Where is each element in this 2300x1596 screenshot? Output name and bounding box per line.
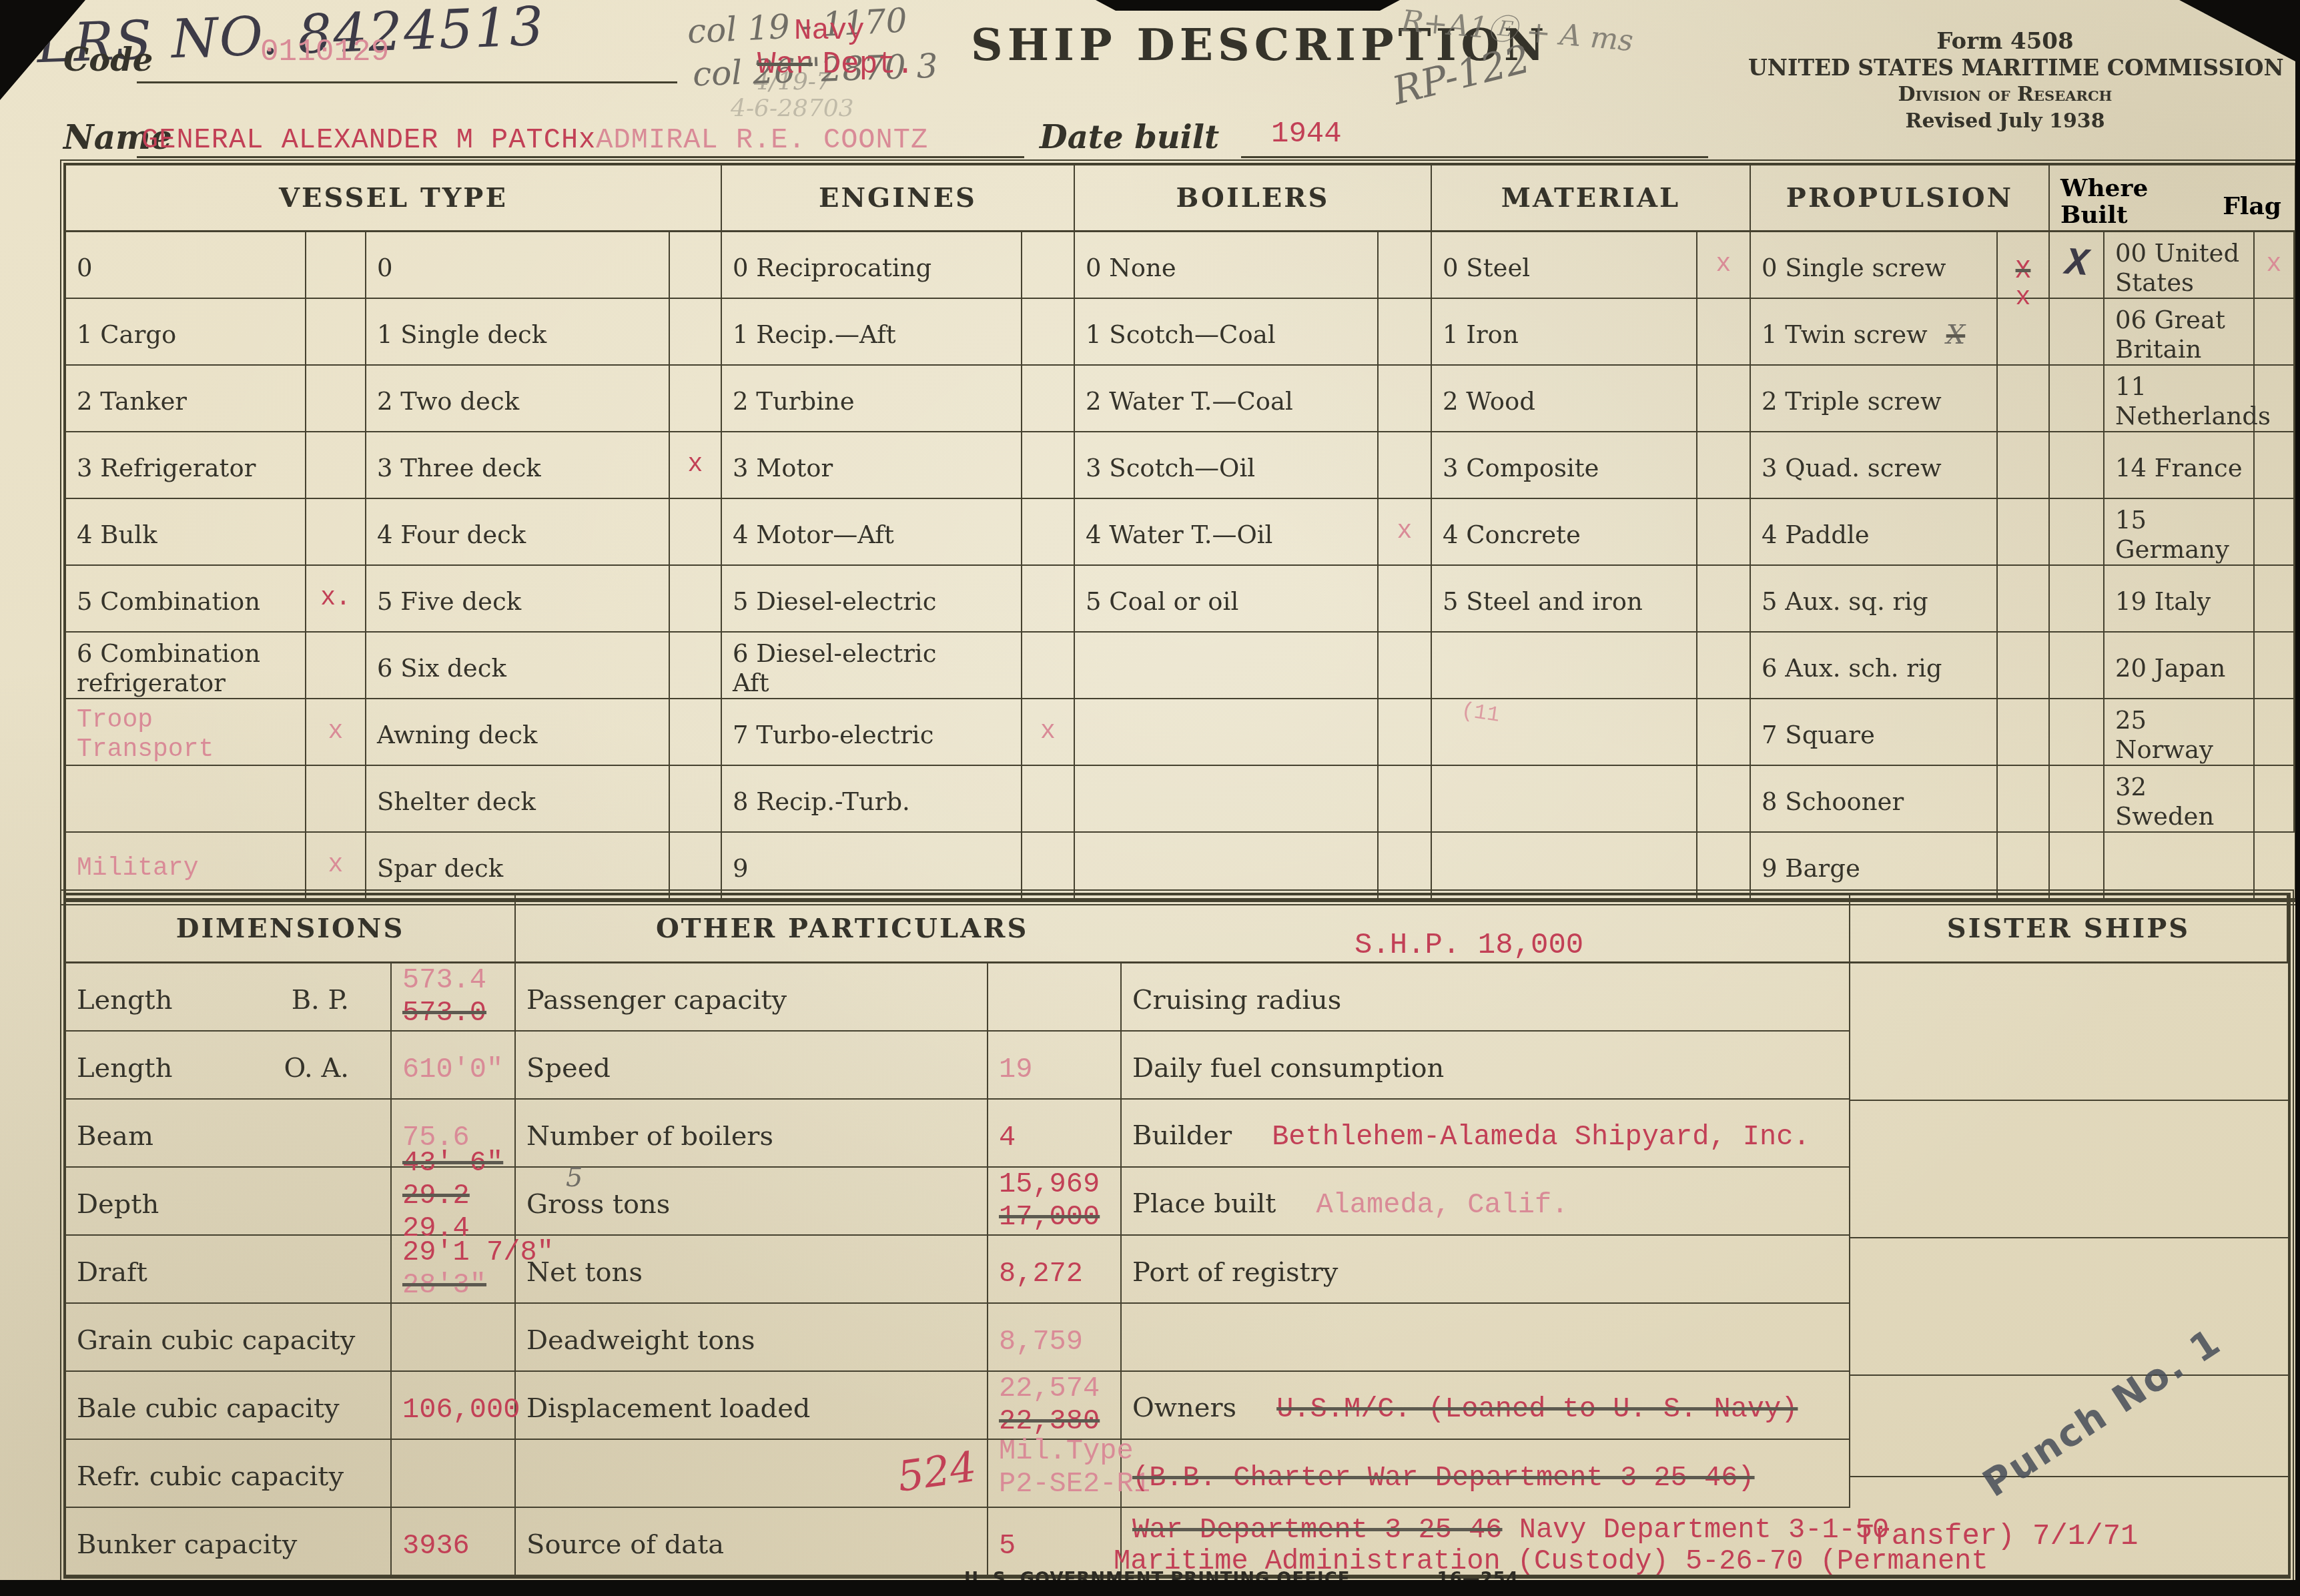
division-name: Division of Research [1748,81,2262,108]
top-country-row7: 25 Norway [2104,699,2255,766]
mid-value-row7: Mil.TypeP2-SE2-R1 [988,1440,1122,1508]
top-prop-row0: 0 Single screw [1751,232,1998,299]
navy-overtype: Navy [794,15,865,48]
value-line: 17,000 [999,1200,1116,1232]
top-m_boil-row3 [1379,432,1432,499]
top-eng-row9: 9 [722,833,1022,899]
top-country-row1: 06 Great Britain [2104,299,2255,366]
value-line: 610'0" [402,1052,510,1085]
top-m_vt2-row6 [670,633,722,699]
top-boil-row7 [1075,699,1379,766]
top-m_flag-row8 [2255,766,2295,833]
value-line: 29'1 7/8" [402,1235,510,1268]
right-cell-row6: OwnersU.S.M/C. (Loaned to U. S. Navy) [1122,1372,1850,1440]
top-vt1-row5: 5 Combination [66,566,306,633]
dim-value-row3: 43'-6"29.229.4 [392,1168,516,1236]
top-vt1-row8 [66,766,306,833]
scanned-form-page: LRS NO. 8424513 Code 0110129 col 19 - 11… [0,0,2300,1596]
top-vt2-row6: 6 Six deck [366,633,670,699]
top-m_boil-row2 [1379,366,1432,432]
mid-label-row5: Deadweight tons [516,1304,988,1372]
top-prop-row1: 1 Twin screwX [1751,299,1998,366]
value-line: 573.4 [402,963,510,995]
top-m_prop-row3 [1998,432,2050,499]
pencil-ghost-1: 4/19-7 [754,68,831,95]
sister-ships-row [1850,963,2288,1101]
top-vt2-row0: 0 [366,232,670,299]
shp-annotation: S.H.P. 18,000 [1355,929,1583,962]
top-m_eng-row2 [1022,366,1075,432]
top-wb-row0: X [2050,232,2104,299]
top-prop-row7: 7 Square [1751,699,1998,766]
header-propulsion: PROPULSION [1751,165,2050,232]
date-built-label: Date built [1040,119,1219,156]
top-mat-row0: 0 Steel [1432,232,1697,299]
right-cell-row2: BuilderBethlehem-Alameda Shipyard, Inc. [1122,1100,1850,1168]
code-value: 0110129 [260,35,389,69]
value-line: Mil.Type [999,1434,1116,1467]
top-m_vt2-row9 [670,833,722,899]
top-wb-row4 [2050,499,2104,566]
top-m_flag-row1 [2255,299,2295,366]
top-vt2-row8: Shelter deck [366,766,670,833]
value-line: 573.0 [402,995,510,1028]
top-mat-row3: 3 Composite [1432,432,1697,499]
top-m_vt2-row4 [670,499,722,566]
top-vt1-row0: 0 [66,232,306,299]
top-vt1-row4: 4 Bulk [66,499,306,566]
mid-value-row5: 8,759 [988,1304,1122,1372]
dim-value-row5 [392,1304,516,1372]
value-line: 19 [999,1052,1116,1085]
top-vt1-row3: 3 Refrigerator [66,432,306,499]
top-wb-row9 [2050,833,2104,899]
top-m_prop-row6 [1998,633,2050,699]
ship-name-current: GENERAL ALEXANDER M PATCHx [141,124,596,156]
top-mat-row9 [1432,833,1697,899]
top-vt1-row9: Military [66,833,306,899]
right-cell-row8: War Department 3-25-46 Navy Department 3… [1122,1508,1850,1576]
dim-label-row5: Grain cubic capacity [66,1304,392,1372]
top-m_mat-row7 [1697,699,1751,766]
top-mat-row8 [1432,766,1697,833]
code-underline [137,81,677,83]
top-m_mat-row6 [1697,633,1751,699]
header-boilers: BOILERS [1075,165,1432,232]
top-eng-row6: 6 Diesel-electric Aft [722,633,1022,699]
top-mat-row6 [1432,633,1697,699]
top-m_prop-row2 [1998,366,2050,432]
top-m_flag-row0: x [2255,232,2295,299]
top-eng-row1: 1 Recip.—Aft [722,299,1022,366]
top-country-row5: 19 Italy [2104,566,2255,633]
top-boil-row8 [1075,766,1379,833]
top-prop-row3: 3 Quad. screw [1751,432,1998,499]
top-boil-row6 [1075,633,1379,699]
top-mat-row5: 5 Steel and iron [1432,566,1697,633]
particulars-table: DIMENSIONSOTHER PARTICULARSSISTER SHIPSL… [63,893,2291,1579]
top-m_flag-row6 [2255,633,2295,699]
top-m_flag-row4 [2255,499,2295,566]
form-id-block: Form 4508 UNITED STATES MARITIME COMMISS… [1748,28,2262,135]
top-eng-row8: 8 Recip.-Turb. [722,766,1022,833]
gpo-number: 16—254 [1437,1569,1519,1589]
ship-name-value: GENERAL ALEXANDER M PATCHxADMIRAL R.E. C… [141,121,928,156]
mid-value-row8: 5 [988,1508,1122,1576]
mid-label-row8: Source of data [516,1508,988,1576]
top-boil-row3: 3 Scotch—Oil [1075,432,1379,499]
top-wb-row1 [2050,299,2104,366]
top-vt1-row2: 2 Tanker [66,366,306,432]
top-prop-row4: 4 Paddle [1751,499,1998,566]
top-m_eng-row1 [1022,299,1075,366]
top-vt2-row3: 3 Three deck [366,432,670,499]
mid-value-row1: 19 [988,1032,1122,1100]
top-wb-row5 [2050,566,2104,633]
top-vt2-row7: Awning deck [366,699,670,766]
value-line: 106,000 [402,1392,510,1425]
value-line: 8,759 [999,1324,1116,1357]
value-line: 5 [999,1529,1116,1561]
top-m_mat-row5 [1697,566,1751,633]
value-line: 43'-6" [402,1146,510,1178]
top-m_vt1-row1 [306,299,366,366]
top-wb-row3 [2050,432,2104,499]
classification-table: VESSEL TYPEENGINESBOILERSMATERIALPROPULS… [63,163,2297,902]
top-m_boil-row0 [1379,232,1432,299]
value-line: 3936 [402,1529,510,1561]
dim-value-row0: 573.4573.0 [392,963,516,1032]
top-m_vt2-row5 [670,566,722,633]
top-m_mat-row8 [1697,766,1751,833]
mid-label-row1: Speed [516,1032,988,1100]
top-m_boil-row5 [1379,566,1432,633]
top-mat-row1: 1 Iron [1432,299,1697,366]
dim-label-row4: Draft [66,1236,392,1304]
top-vt1-row6: 6 Combination refrigerator [66,633,306,699]
value-line: P2-SE2-R1 [999,1467,1116,1499]
top-prop-row9: 9 Barge [1751,833,1998,899]
form-paper: LRS NO. 8424513 Code 0110129 col 19 - 11… [0,0,2300,1596]
header-material: MATERIAL [1432,165,1751,232]
boiler-tick-marks: (11 [1460,698,1501,728]
top-m_vt1-row7: x [306,699,366,766]
agency-name: UNITED STATES MARITIME COMMISSION [1748,55,2262,81]
sister-ships-row [1850,1101,2288,1238]
header-sister-ships: SISTER SHIPS [1850,895,2288,963]
mid-value-row4: 8,272 [988,1236,1122,1304]
dim-value-row7 [392,1440,516,1508]
top-m_vt2-row8 [670,766,722,833]
top-boil-row2: 2 Water T.—Coal [1075,366,1379,432]
top-country-row4: 15 Germany [2104,499,2255,566]
right-cell-row3: Place builtAlameda, Calif. [1122,1168,1850,1236]
top-eng-row7: 7 Turbo-electric [722,699,1022,766]
top-boil-row9 [1075,833,1379,899]
header-where-built: Where Built [2060,175,2148,228]
top-m_boil-row8 [1379,766,1432,833]
sister-ships-column [1850,963,2288,1576]
dim-value-row6: 106,000 [392,1372,516,1440]
dim-value-row8: 3936 [392,1508,516,1576]
top-m_flag-row9 [2255,833,2295,899]
top-prop-row6: 6 Aux. sch. rig [1751,633,1998,699]
top-m_vt1-row8 [306,766,366,833]
top-m_vt1-row2 [306,366,366,432]
header-other-particulars: OTHER PARTICULARS [516,895,1850,963]
right-cell-row7: (B.B. Charter War Department 3-25-46) [1122,1440,1850,1508]
top-m_flag-row5 [2255,566,2295,633]
code-label: Code [63,41,153,79]
mid-label-row3: Gross tons [516,1168,988,1236]
dim-label-row2: Beam [66,1100,392,1168]
header-engines: ENGINES [722,165,1075,232]
top-m_eng-row8 [1022,766,1075,833]
top-prop-row8: 8 Schooner [1751,766,1998,833]
top-m_prop-row1 [1998,299,2050,366]
value-line: 28'3" [402,1268,510,1300]
top-m_flag-row3 [2255,432,2295,499]
mid-label-row7: 524 [516,1440,988,1508]
top-m_eng-row5 [1022,566,1075,633]
top-vt2-row5: 5 Five deck [366,566,670,633]
dim-label-row3: Depth [66,1168,392,1236]
top-boil-row5: 5 Coal or oil [1075,566,1379,633]
top-m_prop-row4 [1998,499,2050,566]
top-boil-row0: 0 None [1075,232,1379,299]
value-line: 29.2 [402,1178,510,1211]
top-vt1-row1: 1 Cargo [66,299,306,366]
top-m_mat-row3 [1697,432,1751,499]
top-m_mat-row2 [1697,366,1751,432]
dim-value-row4: 29'1 7/8"28'3" [392,1236,516,1304]
dim-label-row6: Bale cubic capacity [66,1372,392,1440]
top-prop-row5: 5 Aux. sq. rig [1751,566,1998,633]
top-m_eng-row0 [1022,232,1075,299]
top-m_mat-row0: x [1697,232,1751,299]
top-m_eng-row7: x [1022,699,1075,766]
top-m_vt1-row5: x. [306,566,366,633]
mid-label-row4: Net tons [516,1236,988,1304]
top-mat-row4: 4 Concrete [1432,499,1697,566]
top-m_flag-row2 [2255,366,2295,432]
header-where-built-flag: Where BuiltFlag [2050,165,2295,232]
top-wb-row6 [2050,633,2104,699]
header-flag: Flag [2223,192,2281,220]
top-eng-row0: 0 Reciprocating [722,232,1022,299]
transfer-continuation: Transfer) 7/1/71 [1856,1520,2138,1553]
top-eng-row5: 5 Diesel-electric [722,566,1022,633]
top-m_prop-row9 [1998,833,2050,899]
top-m_vt1-row3 [306,432,366,499]
dim-label-row7: Refr. cubic capacity [66,1440,392,1508]
top-country-row9 [2104,833,2255,899]
top-eng-row4: 4 Motor—Aft [722,499,1022,566]
form-number: Form 4508 [1748,28,2262,55]
gpo-text: U. S. GOVERNMENT PRINTING OFFICE [964,1569,1351,1589]
top-m_boil-row4: x [1379,499,1432,566]
top-m_vt1-row9: x [306,833,366,899]
top-mat-row2: 2 Wood [1432,366,1697,432]
top-m_boil-row6 [1379,633,1432,699]
top-vt2-row1: 1 Single deck [366,299,670,366]
value-line: 22,574 [999,1371,1116,1404]
top-m_eng-row4 [1022,499,1075,566]
mid-label-row2: Number of boilers [516,1100,988,1168]
top-m_prop-row8 [1998,766,2050,833]
mid-value-row0 [988,963,1122,1032]
date-underline [1241,156,1708,158]
top-wb-row8 [2050,766,2104,833]
handwritten-524: 524 [895,1452,978,1492]
dim-label-row0: LengthB. P. [66,963,392,1032]
right-cell-row1: Daily fuel consumption [1122,1032,1850,1100]
top-m_eng-row6 [1022,633,1075,699]
top-boil-row1: 1 Scotch—Coal [1075,299,1379,366]
top-m_mat-row4 [1697,499,1751,566]
top-eng-row2: 2 Turbine [722,366,1022,432]
top-vt2-row9: Spar deck [366,833,670,899]
mid-value-row6: 22,57422,380 [988,1372,1122,1440]
top-m_prop-row5 [1998,566,2050,633]
top-vt2-row2: 2 Two deck [366,366,670,432]
right-cell-row4: Port of registry [1122,1236,1850,1304]
top-country-row3: 14 France [2104,432,2255,499]
top-m_flag-row7 [2255,699,2295,766]
top-m_eng-row9 [1022,833,1075,899]
top-country-row0: 00 United States [2104,232,2255,299]
dim-label-row8: Bunker capacity [66,1508,392,1576]
mid-value-row3: 15,96917,000 [988,1168,1122,1236]
top-m_mat-row1 [1697,299,1751,366]
top-m_vt2-row7 [670,699,722,766]
top-m_vt2-row1 [670,299,722,366]
top-country-row2: 11 Netherlands [2104,366,2255,432]
header-dimensions: DIMENSIONS [66,895,516,963]
top-m_vt2-row0 [670,232,722,299]
top-country-row8: 32 Sweden [2104,766,2255,833]
name-underline [137,156,1024,158]
top-vt1-row7: Troop Transport [66,699,306,766]
pencil-ghost-2: 4-6-28703 [731,95,854,122]
gpo-footer: U. S. GOVERNMENT PRINTING OFFICE 16—254 [964,1569,1519,1589]
mid-label-row6: Displacement loaded [516,1372,988,1440]
top-m_prop-row7 [1998,699,2050,766]
top-m_vt1-row4 [306,499,366,566]
top-wb-row7 [2050,699,2104,766]
header-vessel-type: VESSEL TYPE [66,165,722,232]
top-country-row6: 20 Japan [2104,633,2255,699]
mid-label-row0: Passenger capacity [516,963,988,1032]
date-built-value: 1944 [1271,117,1342,151]
top-m_mat-row9 [1697,833,1751,899]
top-m_boil-row9 [1379,833,1432,899]
value-line: 8,272 [999,1256,1116,1289]
top-m_boil-row7 [1379,699,1432,766]
top-wb-row2 [2050,366,2104,432]
top-eng-row3: 3 Motor [722,432,1022,499]
dim-label-row1: LengthO. A. [66,1032,392,1100]
mid-value-row2: 4 [988,1100,1122,1168]
ship-name-previous: ADMIRAL R.E. COONTZ [596,124,928,156]
top-m_boil-row1 [1379,299,1432,366]
top-m_eng-row3 [1022,432,1075,499]
value-line: 4 [999,1120,1116,1153]
top-boil-row4: 4 Water T.—Oil [1075,499,1379,566]
value-line: 22,380 [999,1404,1116,1437]
top-m_prop-row0: Xx [1998,232,2050,299]
top-m_vt2-row2 [670,366,722,432]
top-prop-row2: 2 Triple screw [1751,366,1998,432]
dept-label: Dept. [822,47,914,82]
top-m_vt2-row3: x [670,432,722,499]
top-m_vt1-row6 [306,633,366,699]
top-vt2-row4: 4 Four deck [366,499,670,566]
dim-value-row1: 610'0" [392,1032,516,1100]
top-m_vt1-row0 [306,232,366,299]
revised-date: Revised July 1938 [1748,108,2262,135]
right-cell-row0: Cruising radius [1122,963,1850,1032]
right-cell-row5 [1122,1304,1850,1372]
pencil-five: 5 [566,1162,583,1193]
value-line: 15,969 [999,1167,1116,1200]
